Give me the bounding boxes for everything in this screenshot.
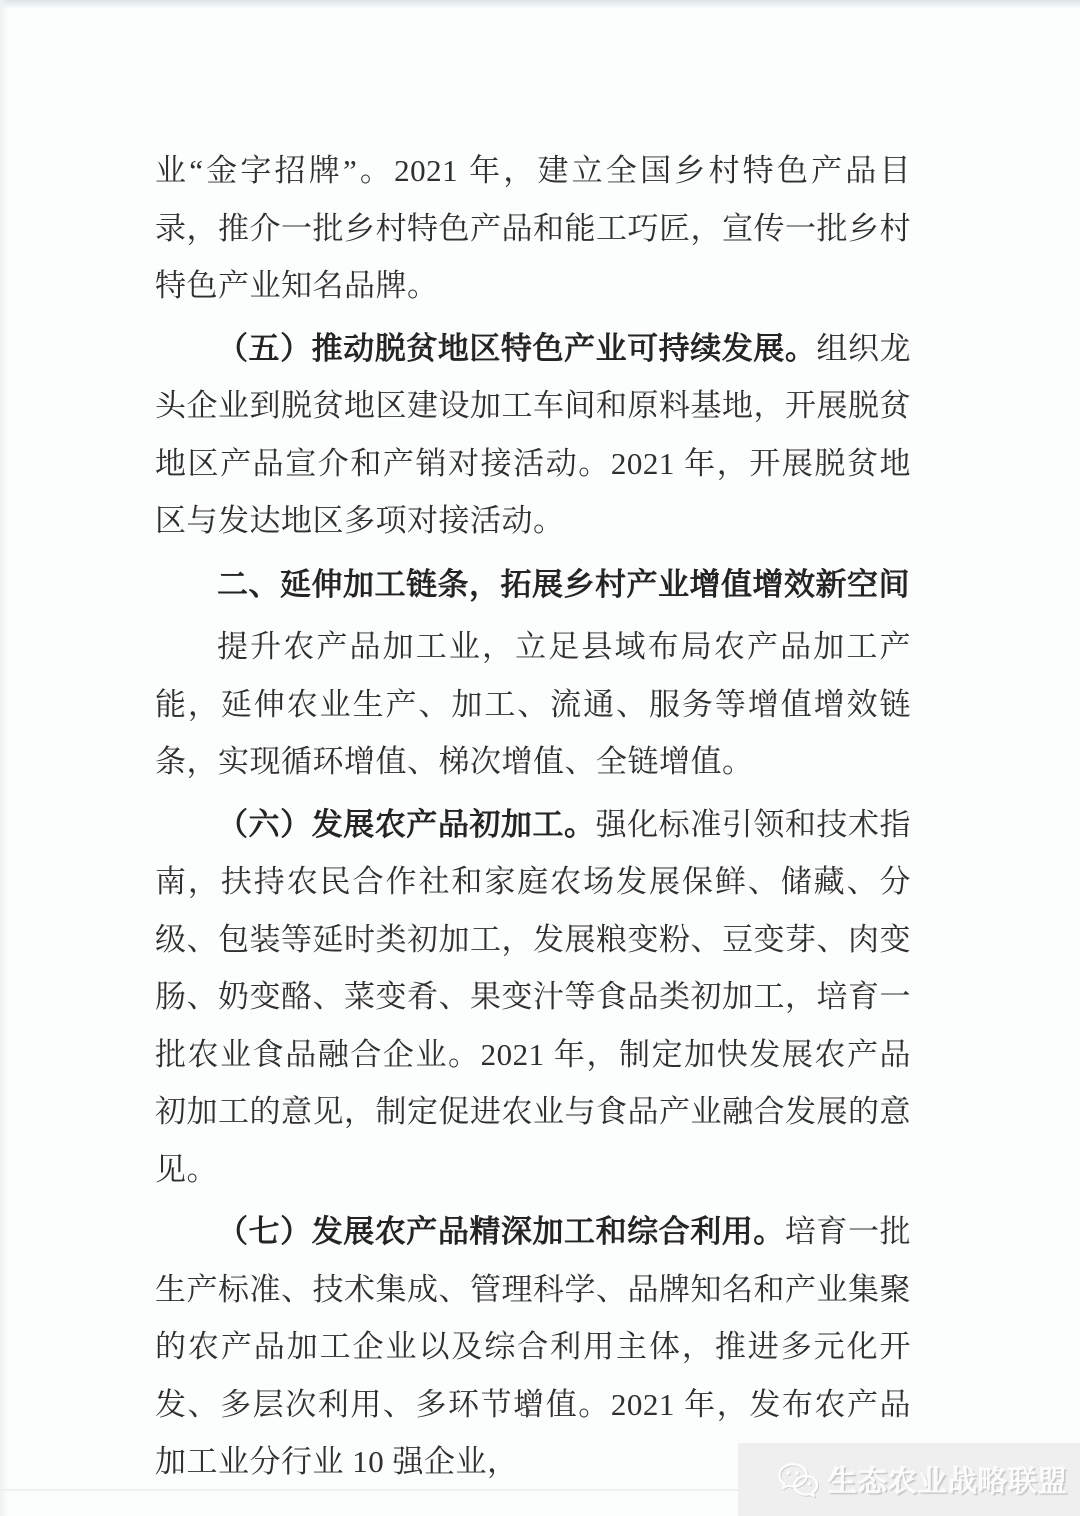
paragraph-lead: （五）推动脱贫地区特色产业可持续发展。 [217,331,816,366]
page-bottom-edge [0,1489,740,1491]
paragraph-text: 强化标准引领和技术指南，扶持农民合作社和家庭农场发展保鲜、储藏、分级、包装等延时… [155,807,911,1187]
paragraph-item-5: （五）推动脱贫地区特色产业可持续发展。组织龙头企业到脱贫地区建设加工车间和原料基… [155,320,911,550]
section-heading-2: 二、延伸加工链条，拓展乡村产业增值增效新空间 [155,556,911,614]
paragraph-text: 提升农产品加工业，立足县域布局农产品加工产能，延伸农业生产、加工、流通、服务等增… [155,629,911,779]
document-page: 业“金字招牌”。2021 年，建立全国乡村特色产品目录，推介一批乡村特色产品和能… [0,0,1080,1516]
scan-edge-top [0,0,1080,9]
paragraph-item-6: （六）发展农产品初加工。强化标准引领和技术指南，扶持农民合作社和家庭农场发展保鲜… [155,796,911,1199]
scan-edge-left [0,0,8,1516]
paragraph-text: 培育一批生产标准、技术集成、管理科学、品牌知名和产业集聚的农产品加工企业以及综合… [155,1214,911,1479]
paragraph-text: 业“金字招牌”。2021 年，建立全国乡村特色产品目录，推介一批乡村特色产品和能… [155,153,911,303]
document-body: 业“金字招牌”。2021 年，建立全国乡村特色产品目录，推介一批乡村特色产品和能… [155,142,911,1491]
watermark-label: 生态农业战略联盟 [828,1459,1068,1500]
paragraph-lead: （六）发展农产品初加工。 [217,807,596,842]
wechat-icon [776,1461,820,1499]
paragraph-continued: 业“金字招牌”。2021 年，建立全国乡村特色产品目录，推介一批乡村特色产品和能… [155,142,911,315]
paragraph-section-intro: 提升农产品加工业，立足县域布局农产品加工产能，延伸农业生产、加工、流通、服务等增… [155,618,911,791]
watermark: 生态农业战略联盟 [738,1443,1080,1516]
paragraph-lead: （七）发展农产品精深加工和综合利用。 [217,1214,785,1249]
page-number: 5 [155,1396,895,1422]
